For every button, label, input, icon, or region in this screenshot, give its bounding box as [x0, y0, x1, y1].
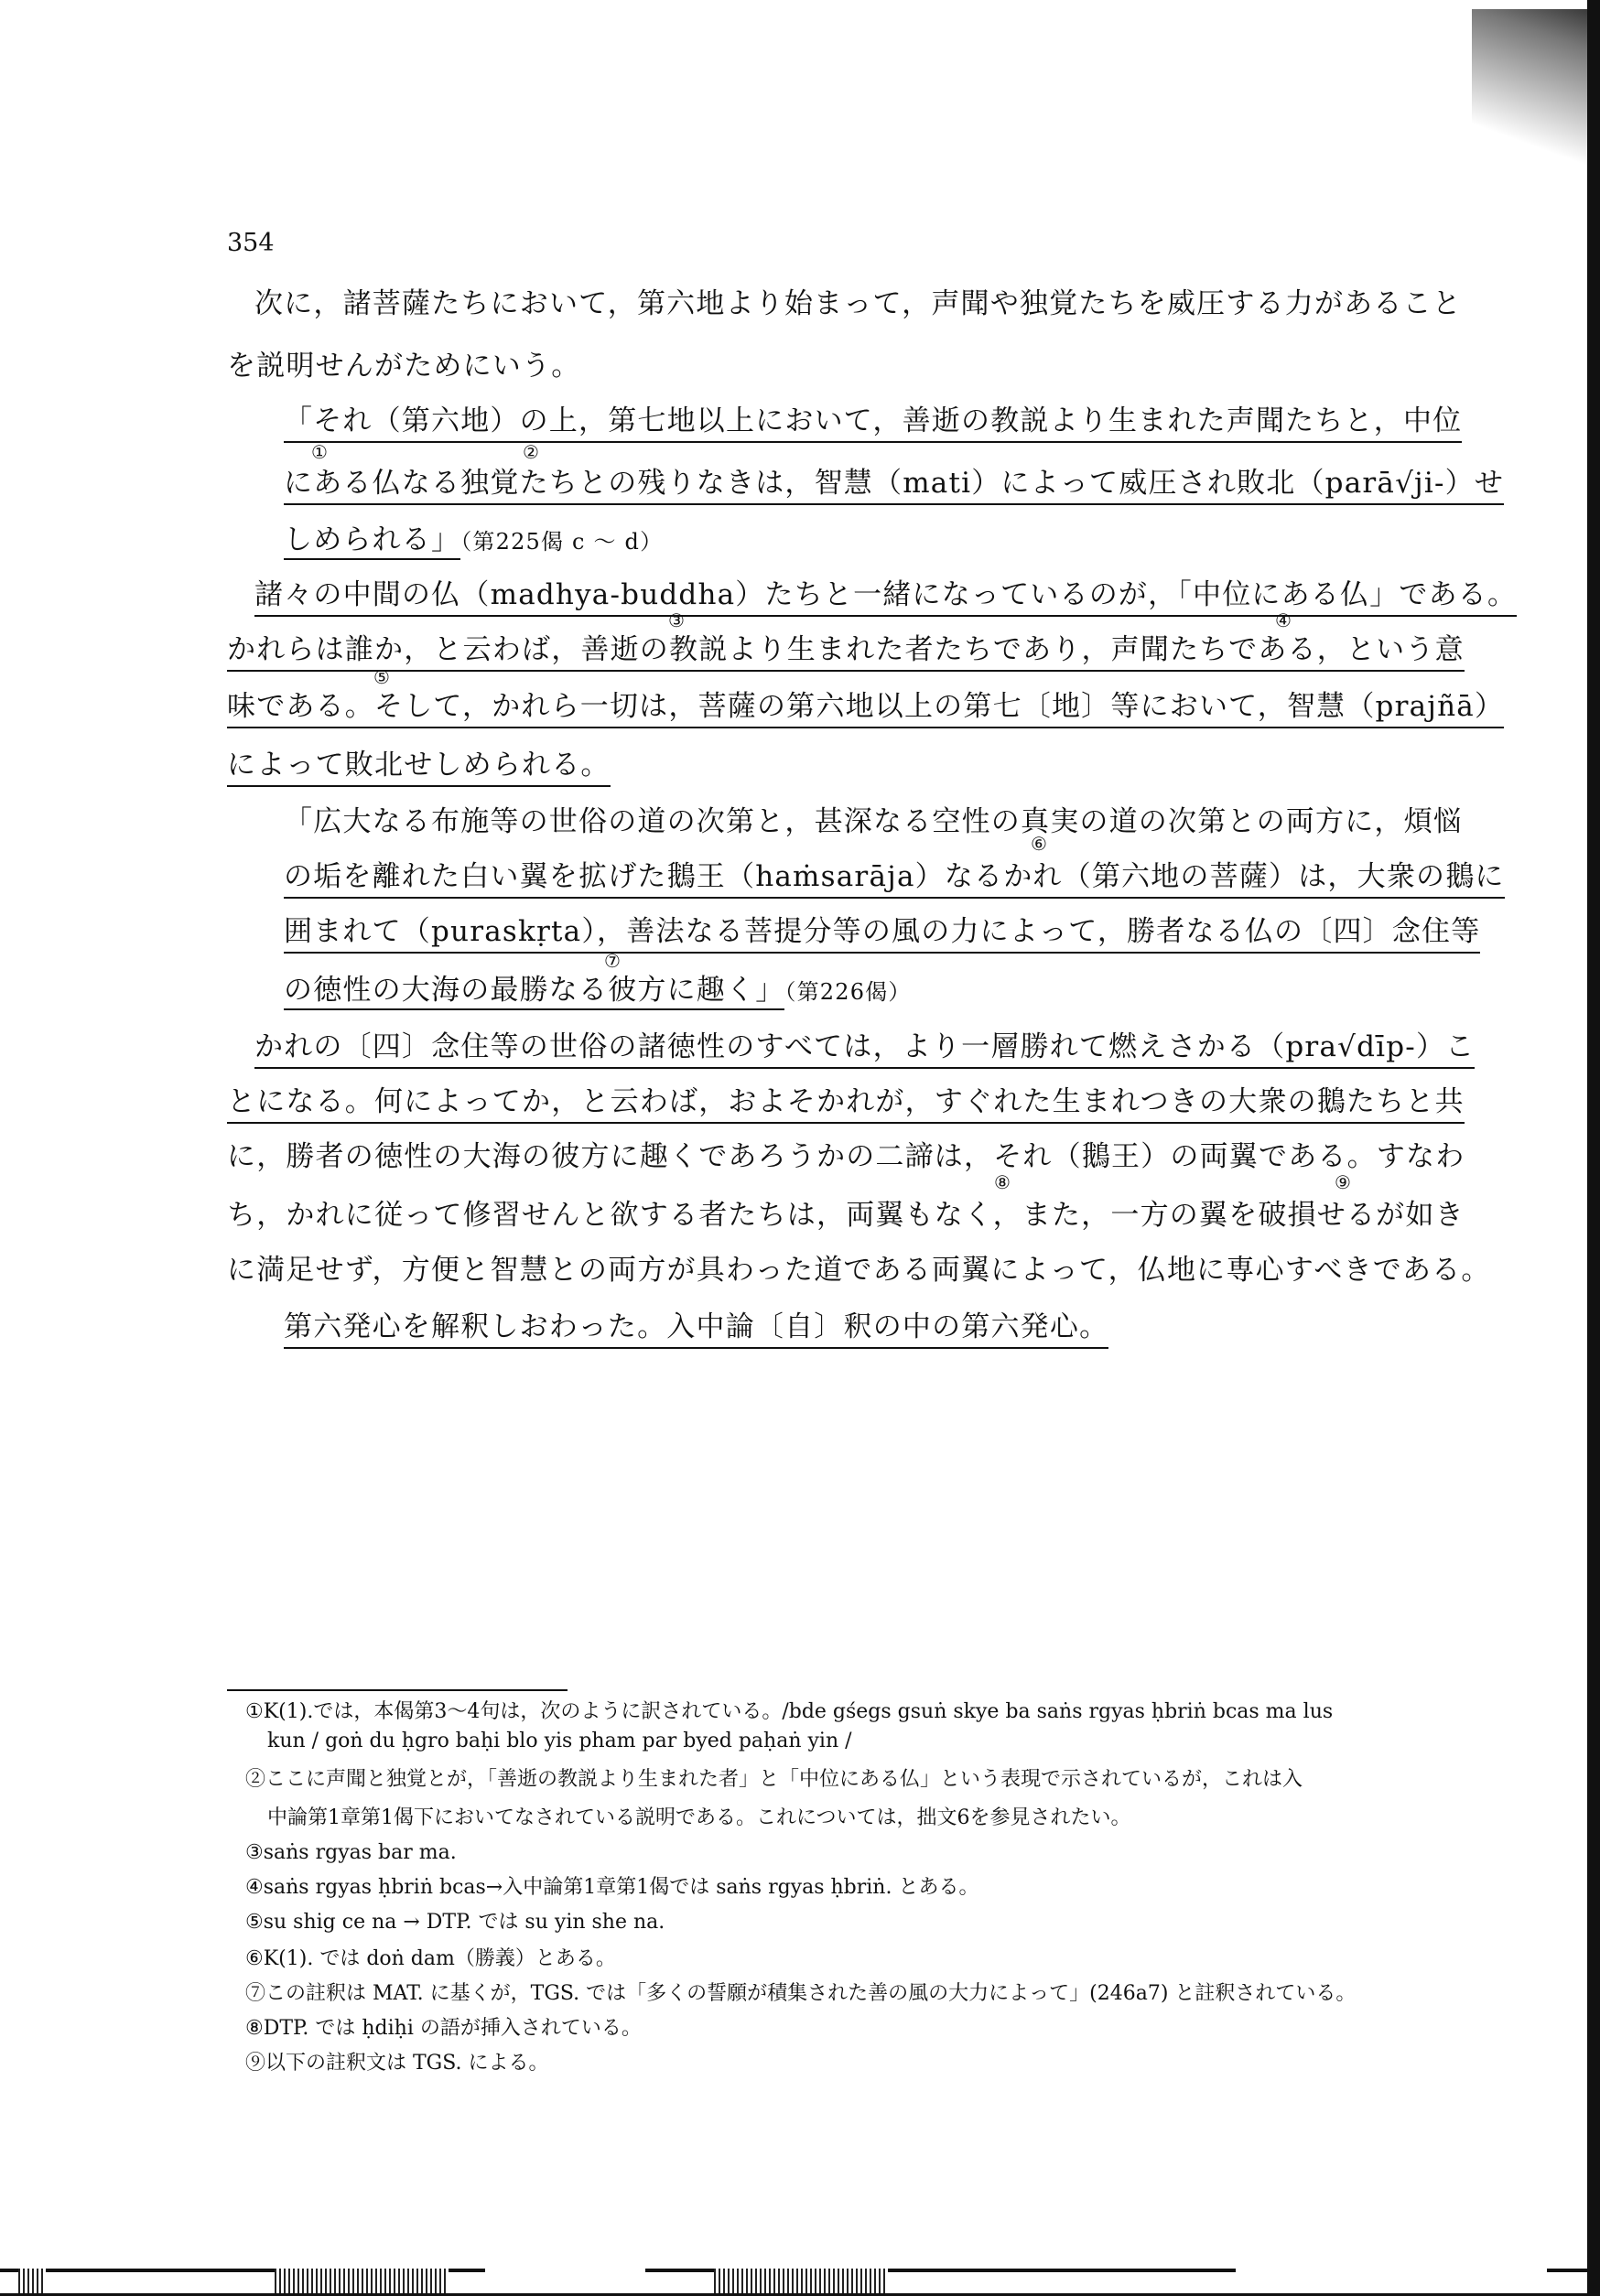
footnote-marker-7[interactable]: ⑦	[604, 952, 621, 970]
footnote-marker-1[interactable]: ①	[311, 443, 328, 461]
verse226-line-1: 「広大なる布施等の世俗の道の次第と，甚深なる空性の真実の道の次第との両方に，煩悩	[284, 803, 1463, 840]
p3-line-5: に満足せず，方便と智慧との両方が具わった道である両翼によって，仏地に専心すべきで…	[227, 1252, 1491, 1288]
footnote-marker-9[interactable]: ⑨	[1335, 1173, 1351, 1191]
verse226-line-4-text: の徳性の大海の最勝なる彼方に趣く」	[284, 974, 784, 1010]
footnote-7: ⑦この註釈は MAT. に基くが，TGS. では「多くの誓願が積集された善の風の…	[245, 1980, 1356, 2008]
p3-line-1: かれの〔四〕念住等の世俗の諸徳性のすべては，より一層勝れて燃えさかる（pra√d…	[254, 1029, 1475, 1069]
footnote-marker-3[interactable]: ③	[668, 611, 685, 630]
footnote-1: ①K(1).では，本偈第3～4句は，次のように訳されている。/bde gśegs…	[245, 1698, 1333, 1726]
footnote-1-cont: kun / goṅ du ḥgro baḥi blo yis pham par …	[267, 1728, 852, 1755]
verse225-line-2: にある仏なる独覚たちとの残りなきは，智慧（mati）によって威圧され敗北（par…	[284, 465, 1504, 505]
footnote-6: ⑥K(1). では doṅ dam（勝義）とある。	[245, 1946, 616, 1973]
footnote-marker-4[interactable]: ④	[1275, 611, 1292, 630]
p1-line-1: 次に，諸菩薩たちにおいて，第六地より始まって，声聞や独覚たちを威圧する力があるこ…	[254, 286, 1462, 322]
verse225-line-3: しめられる」（第225偈 c ～ d）	[284, 522, 663, 560]
scan-edge-bottom	[0, 2269, 1600, 2296]
verse226-line-3: 囲まれて（puraskṛta），善法なる菩提分等の風の力によって，勝者なる仏の〔…	[284, 913, 1480, 954]
p2-line-2: かれらは誰か，と云わば，善逝の教説より生まれた者たちであり，声聞たちである，とい…	[227, 631, 1465, 672]
verse-reference-226: （第226偈）	[784, 979, 911, 1005]
page-number: 354	[227, 229, 275, 257]
p4-line-1: 第六発心を解釈しおわった。入中論〔自〕釈の中の第六発心。	[284, 1309, 1108, 1349]
footnote-separator	[227, 1689, 568, 1691]
p3-line-4: ち，かれに従って修習せんと欲する者たちは，両翼もなく，また，一方の翼を破損せるが…	[227, 1197, 1465, 1234]
p2-line-1: 諸々の中間の仏（madhya-buddha）たちと一緒になっているのが，「中位に…	[254, 577, 1517, 617]
footnote-2-cont: 中論第1章第1偈下においてなされている説明である。これについては，拙文6を参見さ…	[267, 1805, 1131, 1832]
verse225-line-1: 「それ（第六地）の上，第七地以上において，善逝の教説より生まれた声聞たちと，中位	[284, 403, 1462, 443]
footnote-marker-2[interactable]: ②	[523, 443, 539, 461]
footnote-8: ⑧DTP. では ḥdiḥi の語が挿入されている。	[245, 2015, 642, 2043]
footnote-3: ③saṅs rgyas bar ma.	[245, 1839, 457, 1867]
footnote-9: ⑨以下の註釈文は TGS. による。	[245, 2050, 549, 2077]
footnote-5: ⑤su shig ce na → DTP. では su yin she na.	[245, 1909, 665, 1936]
verse225-line-3-text: しめられる」	[284, 523, 460, 560]
verse226-line-4: の徳性の大海の最勝なる彼方に趣く」（第226偈）	[284, 972, 912, 1010]
verse-reference-225: （第225偈 c ～ d）	[460, 529, 663, 555]
scan-shadow-corner	[1472, 9, 1600, 210]
footnote-marker-6[interactable]: ⑥	[1031, 835, 1047, 853]
p1-line-2: を説明せんがためにいう。	[227, 348, 580, 384]
verse226-line-2: の垢を離れた白い翼を拡げた鵝王（haṁsarāja）なるかれ（第六地の菩薩）は，…	[284, 858, 1505, 899]
footnote-4: ④saṅs rgyas ḥbriṅ bcas→入中論第1章第1偈では saṅs …	[245, 1874, 978, 1902]
p3-line-2: とになる。何によってか，と云わば，およそかれが，すぐれた生まれつきの大衆の鵝たち…	[227, 1083, 1465, 1124]
p2-line-3: 味である。そして，かれら一切は，菩薩の第六地以上の第七〔地〕等において，智慧（p…	[227, 688, 1504, 728]
p2-line-4: によって敗北せしめられる。	[227, 747, 611, 787]
scan-edge-right	[1587, 0, 1600, 2296]
footnote-marker-8[interactable]: ⑧	[994, 1173, 1011, 1191]
footnote-2: ②ここに声聞と独覚とが，「善逝の教説より生まれた者」と「中位にある仏」という表現…	[245, 1766, 1303, 1794]
p3-line-3: に，勝者の徳性の大海の彼方に趣くであろうかの二諦は，それ（鵝王）の両翼である。す…	[227, 1138, 1465, 1175]
footnote-marker-5[interactable]: ⑤	[373, 668, 390, 686]
